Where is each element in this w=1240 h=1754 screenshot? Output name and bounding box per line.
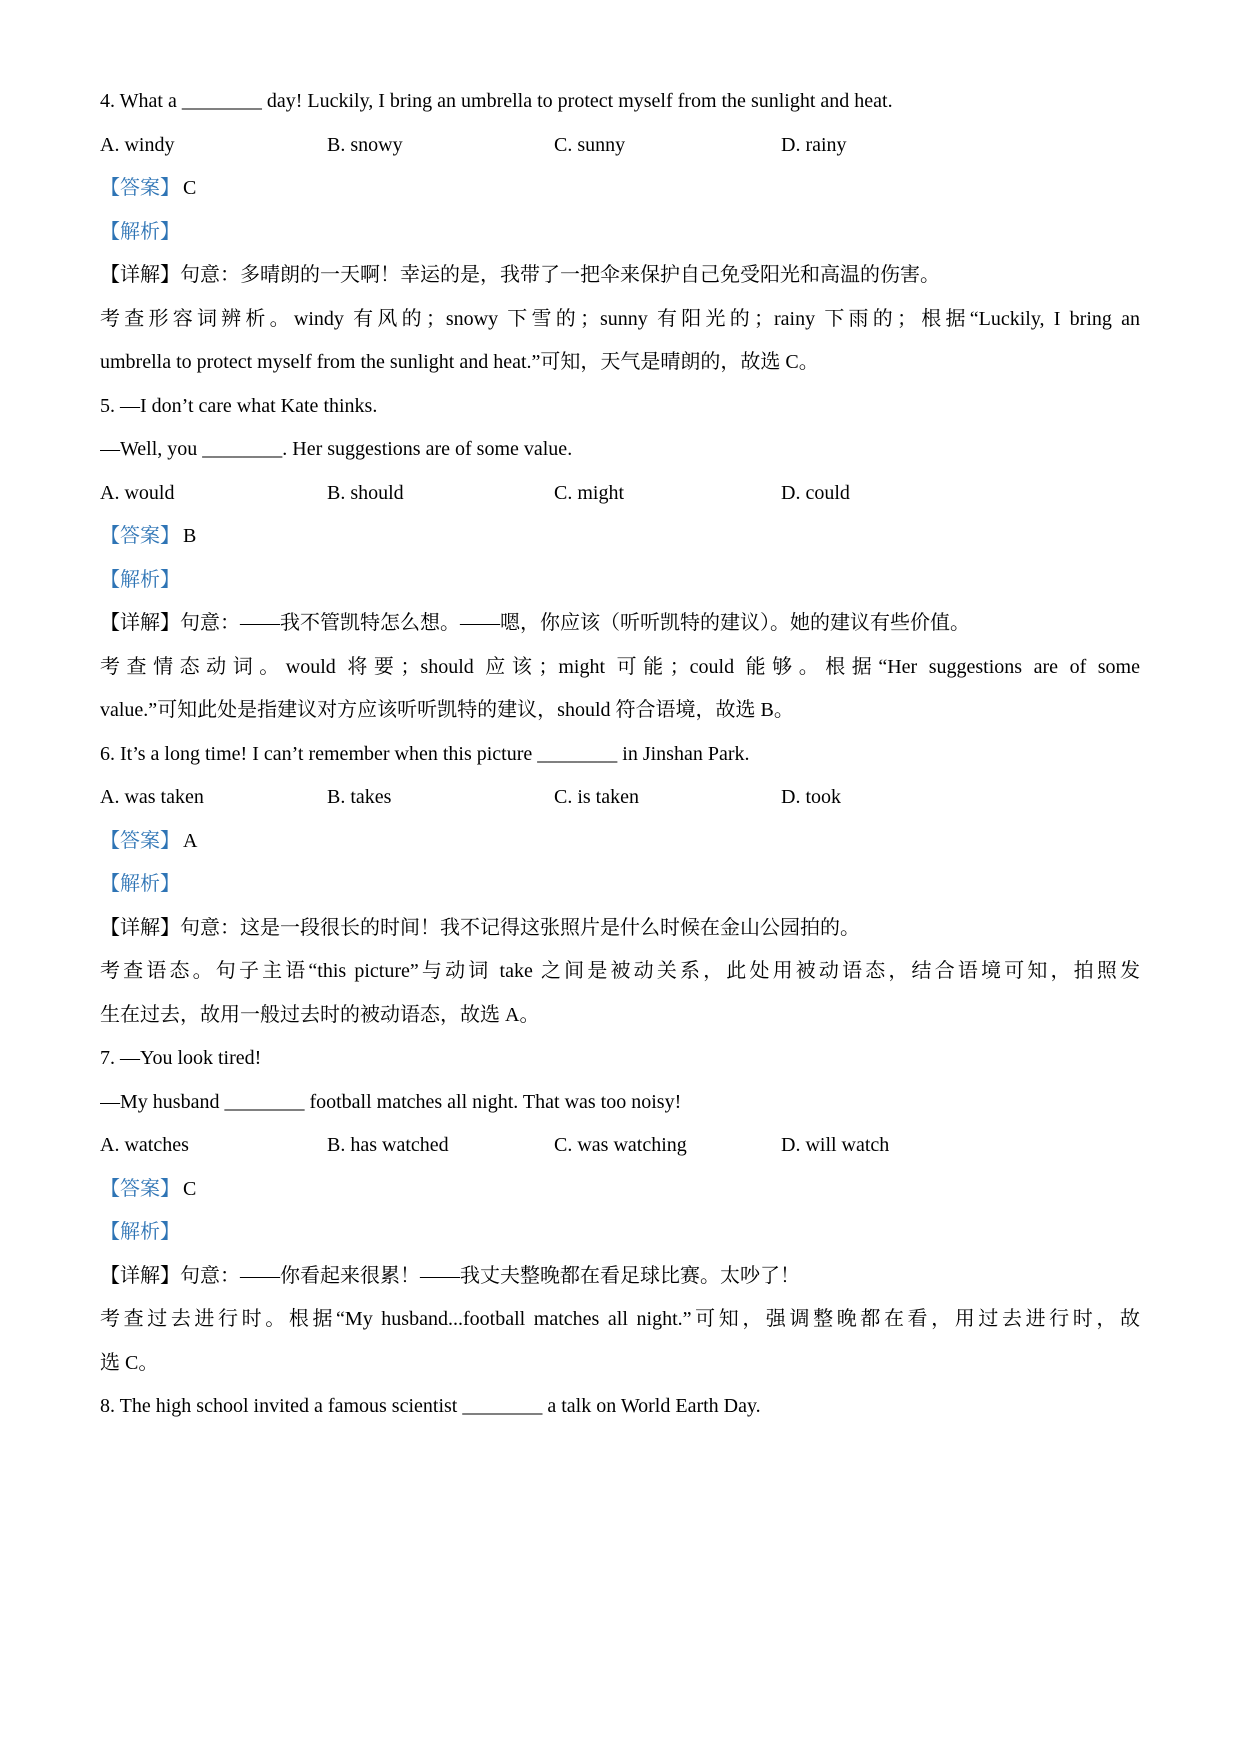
options-row: A. watchesB. has watchedC. was watchingD… bbox=[100, 1124, 1140, 1168]
answer-value: C bbox=[183, 177, 196, 199]
analysis-label: 【解析】 bbox=[100, 221, 180, 243]
option-item: B. has watched bbox=[327, 1124, 554, 1168]
option-item: D. could bbox=[781, 472, 1140, 516]
option-item: D. rainy bbox=[781, 124, 1140, 168]
document-page: 4. What a ________ day! Luckily, I bring… bbox=[0, 0, 1240, 1754]
option-item: C. might bbox=[554, 472, 781, 516]
answer-value: A bbox=[183, 830, 197, 852]
option-item: A. would bbox=[100, 472, 327, 516]
option-item: C. sunny bbox=[554, 124, 781, 168]
explanation-line: 考查过去进行时。根据“My husband...football matches… bbox=[100, 1298, 1140, 1342]
options-row: A. was takenB. takesC. is takenD. took bbox=[100, 776, 1140, 820]
question-line: 8. The high school invited a famous scie… bbox=[100, 1385, 1140, 1429]
question-line: 5. —I don’t care what Kate thinks. bbox=[100, 385, 1140, 429]
answer-line: 【答案】B bbox=[100, 515, 1140, 559]
option-item: B. takes bbox=[327, 776, 554, 820]
answer-line: 【答案】C bbox=[100, 167, 1140, 211]
option-item: D. will watch bbox=[781, 1124, 1140, 1168]
explanation-line: value.”可知此处是指建议对方应该听听凯特的建议，should 符合语境，故… bbox=[100, 689, 1140, 733]
analysis-label: 【解析】 bbox=[100, 863, 1140, 907]
option-item: B. should bbox=[327, 472, 554, 516]
explanation-line: 考查情态动词。would 将要；should 应该；might 可能；could… bbox=[100, 646, 1140, 690]
analysis-label: 【解析】 bbox=[100, 1221, 180, 1243]
option-item: C. is taken bbox=[554, 776, 781, 820]
explanation-line: 【详解】句意：——我不管凯特怎么想。——嗯，你应该（听听凯特的建议）。她的建议有… bbox=[100, 602, 1140, 646]
answer-label: 【答案】 bbox=[100, 1178, 180, 1200]
option-item: A. windy bbox=[100, 124, 327, 168]
answer-label: 【答案】 bbox=[100, 830, 180, 852]
answer-value: C bbox=[183, 1178, 196, 1200]
option-item: B. snowy bbox=[327, 124, 554, 168]
explanation-line: 考查形容词辨析。windy 有风的；snowy 下雪的；sunny 有阳光的；r… bbox=[100, 298, 1140, 342]
answer-line: 【答案】C bbox=[100, 1168, 1140, 1212]
analysis-label: 【解析】 bbox=[100, 211, 1140, 255]
answer-label: 【答案】 bbox=[100, 177, 180, 199]
explanation-line: 【详解】句意：多晴朗的一天啊！幸运的是，我带了一把伞来保护自己免受阳光和高温的伤… bbox=[100, 254, 1140, 298]
option-item: C. was watching bbox=[554, 1124, 781, 1168]
analysis-label: 【解析】 bbox=[100, 559, 1140, 603]
answer-label: 【答案】 bbox=[100, 525, 180, 547]
explanation-line: 生在过去，故用一般过去时的被动语态，故选 A。 bbox=[100, 994, 1140, 1038]
option-item: A. watches bbox=[100, 1124, 327, 1168]
question-line: —Well, you ________. Her suggestions are… bbox=[100, 428, 1140, 472]
analysis-label: 【解析】 bbox=[100, 1211, 1140, 1255]
explanation-line: umbrella to protect myself from the sunl… bbox=[100, 341, 1140, 385]
question-line: 4. What a ________ day! Luckily, I bring… bbox=[100, 80, 1140, 124]
answer-line: 【答案】A bbox=[100, 820, 1140, 864]
options-row: A. windyB. snowyC. sunnyD. rainy bbox=[100, 124, 1140, 168]
explanation-line: 考查语态。句子主语“this picture”与动词 take 之间是被动关系，… bbox=[100, 950, 1140, 994]
explanation-line: 选 C。 bbox=[100, 1342, 1140, 1386]
document-body: 4. What a ________ day! Luckily, I bring… bbox=[100, 80, 1140, 1429]
analysis-label: 【解析】 bbox=[100, 873, 180, 895]
options-row: A. wouldB. shouldC. mightD. could bbox=[100, 472, 1140, 516]
option-item: D. took bbox=[781, 776, 1140, 820]
analysis-label: 【解析】 bbox=[100, 569, 180, 591]
question-line: 7. —You look tired! bbox=[100, 1037, 1140, 1081]
option-item: A. was taken bbox=[100, 776, 327, 820]
answer-value: B bbox=[183, 525, 196, 547]
question-line: 6. It’s a long time! I can’t remember wh… bbox=[100, 733, 1140, 777]
explanation-line: 【详解】句意：这是一段很长的时间！我不记得这张照片是什么时候在金山公园拍的。 bbox=[100, 907, 1140, 951]
explanation-line: 【详解】句意：——你看起来很累！——我丈夫整晚都在看足球比赛。太吵了！ bbox=[100, 1255, 1140, 1299]
question-line: —My husband ________ football matches al… bbox=[100, 1081, 1140, 1125]
